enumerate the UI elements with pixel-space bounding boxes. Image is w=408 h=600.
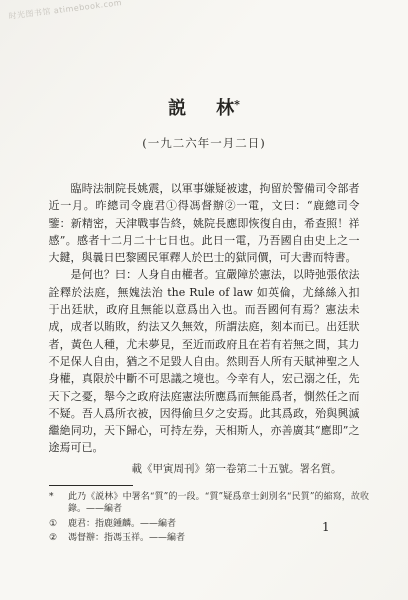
article-date: (一九二六年一月二日) — [0, 135, 408, 151]
source-attribution: 載《甲寅周刊》第一卷第二十五號。署名質。 — [49, 461, 360, 476]
footnote-marker: * — [49, 491, 68, 516]
footnote-text: 此乃《説林》中署名“質”的一段。“質”疑爲章士釗別名“民質”的縮寫，故收錄。——… — [68, 491, 369, 516]
footnote-item: ① 鹿君：指鹿鍾麟。——編者 — [49, 518, 369, 531]
title-char-right: 林 — [216, 98, 234, 119]
scanned-book-page: { "page": { "watermark": "时光图书馆 atimeboo… — [0, 0, 408, 600]
footnote-marker: ② — [49, 532, 68, 545]
article-title: 説林* — [0, 0, 408, 120]
footnote-separator — [49, 485, 133, 486]
title-footnote-marker: * — [234, 98, 240, 111]
footnote-item: * 此乃《説林》中署名“質”的一段。“質”疑爲章士釗別名“民質”的縮寫，故收錄。… — [49, 491, 369, 516]
article-body: 臨時法制院長姚震，以軍事嫌疑被逮，拘留於警備司令部者近一月。昨總司令鹿君①得馮督… — [49, 180, 360, 457]
body-paragraph-2: 是何也？曰：人身自由權者。宜嚴障於憲法，以時弛張依法詮釋於法庭，無媿法治 the… — [49, 266, 360, 456]
footnote-text: 馮督辦：指馮玉祥。——編者 — [68, 532, 369, 545]
footnote-item: ② 馮督辦：指馮玉祥。——編者 — [49, 532, 369, 545]
source-attribution-text: 載《甲寅周刊》第一卷第二十五號。署名質。 — [132, 463, 360, 475]
page-number: 1 — [322, 520, 330, 534]
footnote-list: * 此乃《説林》中署名“質”的一段。“質”疑爲章士釗別名“民質”的縮寫，故收錄。… — [49, 491, 369, 545]
title-char-left: 説 — [168, 98, 186, 119]
footnote-marker: ① — [49, 518, 68, 531]
body-paragraph-1: 臨時法制院長姚震，以軍事嫌疑被逮，拘留於警備司令部者近一月。昨總司令鹿君①得馮督… — [49, 180, 360, 266]
